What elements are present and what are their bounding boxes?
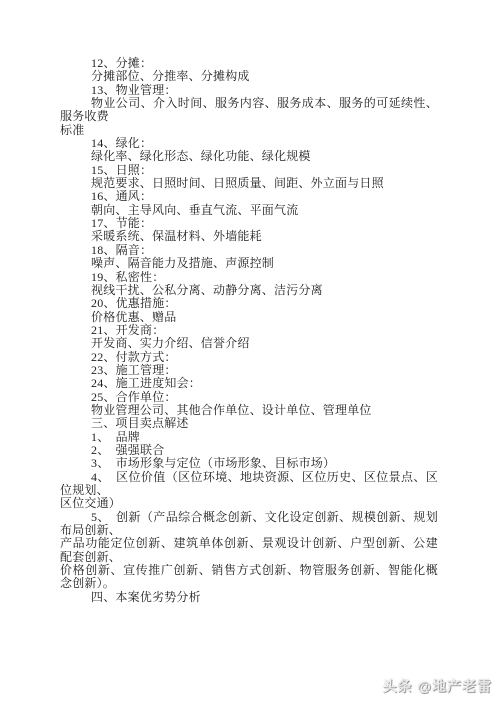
doc-line: 16、通风：	[60, 190, 438, 203]
doc-line: 价格优惠、赠品	[60, 311, 438, 324]
doc-line: 绿化率、绿化形态、绿化功能、绿化规模	[60, 150, 438, 163]
doc-line: 物业公司、介入时间、服务内容、服务成本、服务的可延续性、服务收费	[60, 97, 438, 124]
doc-line: 3、 市场形象与定位（市场形象、目标市场）	[60, 457, 438, 470]
document-page: 12、分摊：分摊部位、分推率、分摊构成13、物业管理：物业公司、介入时间、服务内…	[0, 0, 500, 707]
doc-line: 5、 创新（产品综合概念创新、文化设定创新、规模创新、规划布局创新、	[60, 511, 438, 538]
doc-line: 标准	[60, 124, 438, 137]
doc-line: 价格创新、宣传推广创新、销售方式创新、物管服务创新、智能化概念创新）。	[60, 564, 438, 591]
doc-line: 开发商、实力介绍、信誉介绍	[60, 337, 438, 350]
doc-line: 1、 品牌	[60, 431, 438, 444]
doc-line: 19、私密性：	[60, 271, 438, 284]
doc-line: 四、本案优劣势分析	[60, 591, 438, 604]
doc-line: 24、施工进度知会：	[60, 377, 438, 390]
doc-line: 4、 区位价值（区位环境、地块资源、区位历史、区位景点、区位规划、	[60, 471, 438, 498]
doc-line: 20、优惠措施：	[60, 297, 438, 310]
doc-line: 产品功能定位创新、建筑单体创新、景观设计创新、户型创新、公建配套创新、	[60, 537, 438, 564]
document-body: 12、分摊：分摊部位、分推率、分摊构成13、物业管理：物业公司、介入时间、服务内…	[60, 57, 438, 604]
doc-line: 25、合作单位：	[60, 391, 438, 404]
doc-line: 噪声、隔音能力及措施、声源控制	[60, 257, 438, 270]
watermark: 头条 @地产老雷	[382, 676, 492, 696]
doc-line: 分摊部位、分推率、分摊构成	[60, 70, 438, 83]
doc-line: 区位交通）	[60, 497, 438, 510]
doc-line: 规范要求、日照时间、日照质量、间距、外立面与日照	[60, 177, 438, 190]
doc-line: 采暖系统、保温材料、外墙能耗	[60, 230, 438, 243]
doc-line: 22、付款方式：	[60, 351, 438, 364]
doc-line: 三、项目卖点解述	[60, 417, 438, 430]
